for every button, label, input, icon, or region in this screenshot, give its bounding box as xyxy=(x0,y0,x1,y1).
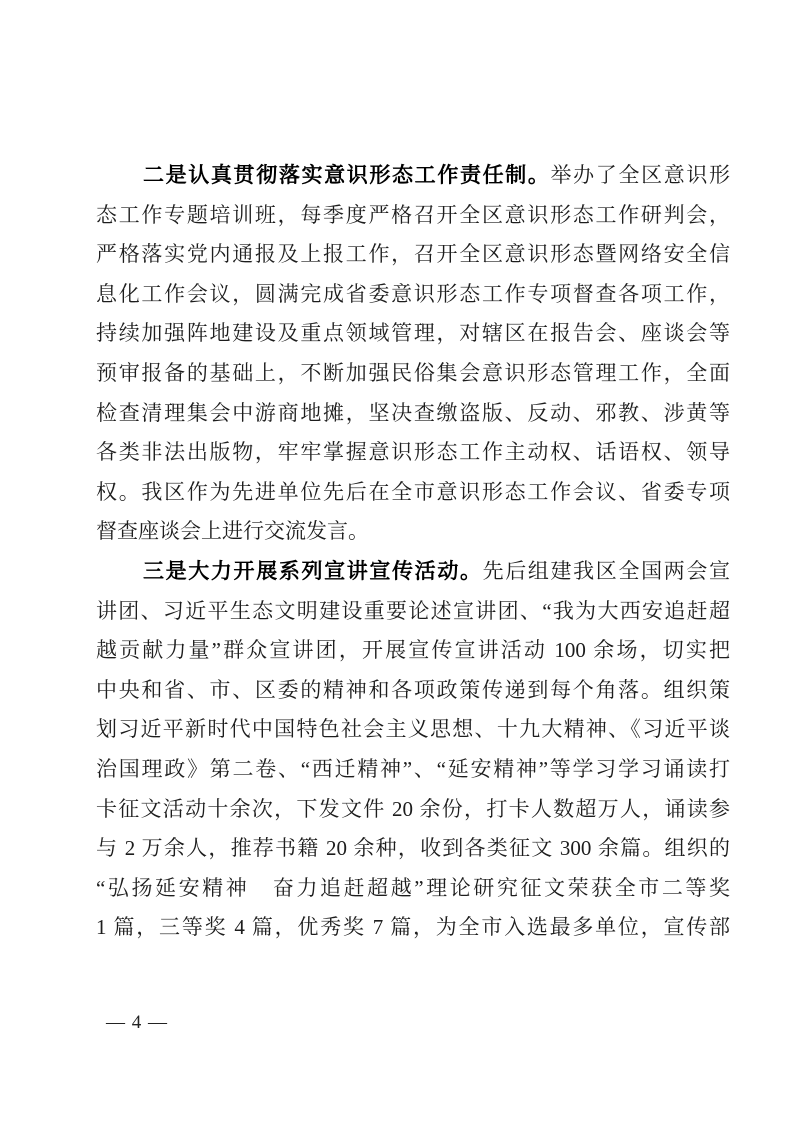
line-text: 举办了全区意识形 xyxy=(551,163,730,187)
bold-lead-text: 二是认真贯彻落实意识形态工作责任制。 xyxy=(143,164,551,187)
text-line: 息化工作会议，圆满完成省委意识形态工作专项督查各项工作， xyxy=(96,275,730,315)
text-line: 严格落实党内通报及上报工作，召开全区意识形态暨网络安全信 xyxy=(96,235,730,275)
text-line: 督查座谈会上进行交流发言。 xyxy=(96,512,730,552)
line-text: 检查清理集会中游商地摊，坚决查缴盗版、反动、邪教、涉黄等 xyxy=(96,401,730,425)
text-line: 与 2 万余人，推荐书籍 20 余种，收到各类征文 300 余篇。组织的 xyxy=(96,829,730,869)
line-text: 与 2 万余人，推荐书籍 20 余种，收到各类征文 300 余篇。组织的 xyxy=(96,836,730,860)
line-text: 卡征文活动十余次，下发文件 20 余份，打卡人数超万人，诵读参 xyxy=(96,797,730,821)
line-text: 权。我区作为先进单位先后在全市意识形态工作会议、省委专项 xyxy=(96,480,730,504)
line-text: 持续加强阵地建设及重点领域管理，对辖区在报告会、座谈会等 xyxy=(96,321,730,345)
text-line: 越贡献力量”群众宣讲团，开展宣传宣讲活动 100 余场，切实把 xyxy=(96,631,730,671)
line-text: 越贡献力量”群众宣讲团，开展宣传宣讲活动 100 余场，切实把 xyxy=(96,638,730,662)
paragraph: 三是大力开展系列宣讲宣传活动。先后组建我区全国两会宣讲团、习近平生态文明建设重要… xyxy=(96,552,730,948)
line-text: 先后组建我区全国两会宣 xyxy=(483,559,730,583)
text-line: 预审报备的基础上，不断加强民俗集会意识形态管理工作，全面 xyxy=(96,354,730,394)
text-line: 1 篇，三等奖 4 篇，优秀奖 7 篇，为全市入选最多单位，宣传部 xyxy=(96,908,730,948)
text-line: 态工作专题培训班，每季度严格召开全区意识形态工作研判会， xyxy=(96,196,730,236)
text-line: 三是大力开展系列宣讲宣传活动。先后组建我区全国两会宣 xyxy=(96,552,730,592)
document-body: 二是认真贯彻落实意识形态工作责任制。举办了全区意识形态工作专题培训班，每季度严格… xyxy=(96,156,730,948)
line-text: 中央和省、市、区委的精神和各项政策传递到每个角落。组织策 xyxy=(96,678,730,702)
bold-lead-text: 三是大力开展系列宣讲宣传活动。 xyxy=(143,560,483,583)
text-line: 划习近平新时代中国特色社会主义思想、十九大精神、《习近平谈 xyxy=(96,710,730,750)
page-number: — 4 — xyxy=(106,1012,168,1034)
text-line: 检查清理集会中游商地摊，坚决查缴盗版、反动、邪教、涉黄等 xyxy=(96,394,730,434)
text-line: 各类非法出版物，牢牢掌握意识形态工作主动权、话语权、领导 xyxy=(96,433,730,473)
document-page: 二是认真贯彻落实意识形态工作责任制。举办了全区意识形态工作专题培训班，每季度严格… xyxy=(0,0,793,1122)
text-line: 二是认真贯彻落实意识形态工作责任制。举办了全区意识形 xyxy=(96,156,730,196)
line-text: 严格落实党内通报及上报工作，召开全区意识形态暨网络安全信 xyxy=(96,242,730,266)
paragraph: 二是认真贯彻落实意识形态工作责任制。举办了全区意识形态工作专题培训班，每季度严格… xyxy=(96,156,730,552)
text-line: 讲团、习近平生态文明建设重要论述宣讲团、“我为大西安追赶超 xyxy=(96,592,730,632)
line-text: 划习近平新时代中国特色社会主义思想、十九大精神、《习近平谈 xyxy=(96,717,730,741)
line-text: 息化工作会议，圆满完成省委意识形态工作专项督查各项工作， xyxy=(96,282,730,306)
line-text: 各类非法出版物，牢牢掌握意识形态工作主动权、话语权、领导 xyxy=(96,440,730,464)
line-text: 1 篇，三等奖 4 篇，优秀奖 7 篇，为全市入选最多单位，宣传部 xyxy=(96,915,730,939)
text-line: 权。我区作为先进单位先后在全市意识形态工作会议、省委专项 xyxy=(96,473,730,513)
text-line: “弘扬延安精神 奋力追赶超越”理论研究征文荣获全市二等奖 xyxy=(96,869,730,909)
line-text: 治国理政》第二卷、“西迁精神”、“延安精神”等学习学习诵读打 xyxy=(96,757,730,781)
line-text: 讲团、习近平生态文明建设重要论述宣讲团、“我为大西安追赶超 xyxy=(96,599,730,623)
text-line: 中央和省、市、区委的精神和各项政策传递到每个角落。组织策 xyxy=(96,671,730,711)
line-text: “弘扬延安精神 奋力追赶超越”理论研究征文荣获全市二等奖 xyxy=(96,876,730,900)
text-line: 治国理政》第二卷、“西迁精神”、“延安精神”等学习学习诵读打 xyxy=(96,750,730,790)
text-line: 持续加强阵地建设及重点领域管理，对辖区在报告会、座谈会等 xyxy=(96,314,730,354)
line-text: 态工作专题培训班，每季度严格召开全区意识形态工作研判会， xyxy=(96,203,730,227)
text-line: 卡征文活动十余次，下发文件 20 余份，打卡人数超万人，诵读参 xyxy=(96,790,730,830)
line-text: 预审报备的基础上，不断加强民俗集会意识形态管理工作，全面 xyxy=(96,361,730,385)
line-text: 督查座谈会上进行交流发言。 xyxy=(96,519,369,543)
